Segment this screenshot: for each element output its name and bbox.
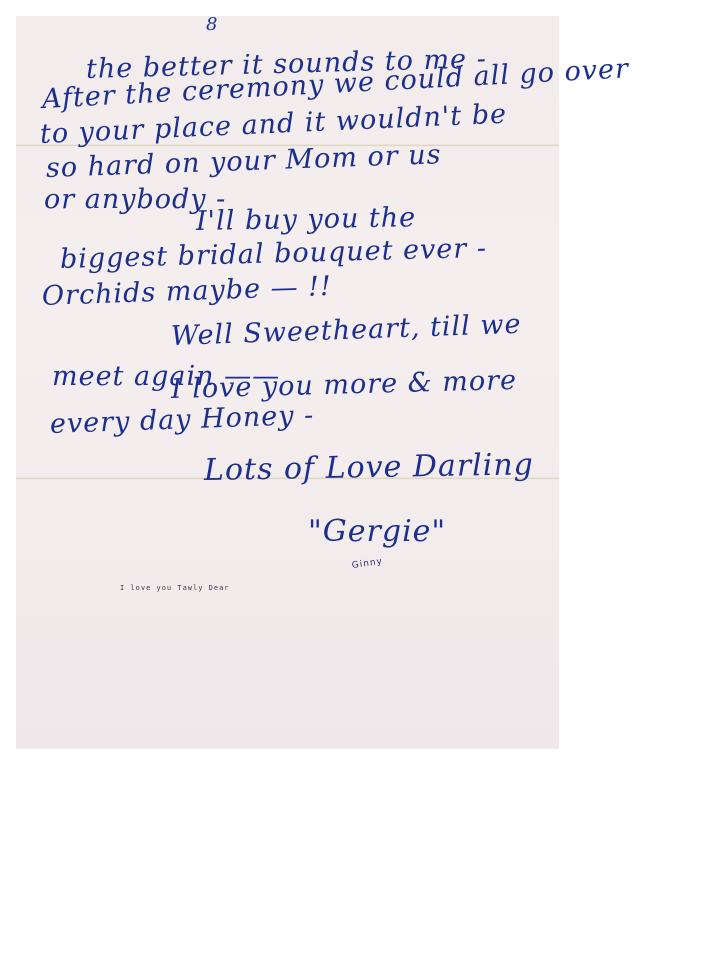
closing-line: Lots of Love Darling <box>204 447 534 488</box>
page-number: 8 <box>206 14 218 35</box>
pencil-footnote: I love you Tawly Dear <box>120 584 230 592</box>
letter-line-8: Orchids maybe — !! <box>41 271 332 312</box>
signature-small: Ginny <box>351 557 383 571</box>
letter-line-9: Well Sweetheart, till we <box>170 309 521 352</box>
letter-page: 8 the better it sounds to me - After the… <box>16 16 559 749</box>
signature: "Gergie" <box>308 514 446 549</box>
letter-line-6: I'll buy you the <box>196 202 417 237</box>
letter-line-7: biggest bridal bouquet ever - <box>60 233 488 275</box>
letter-line-12: every day Honey - <box>49 400 314 440</box>
